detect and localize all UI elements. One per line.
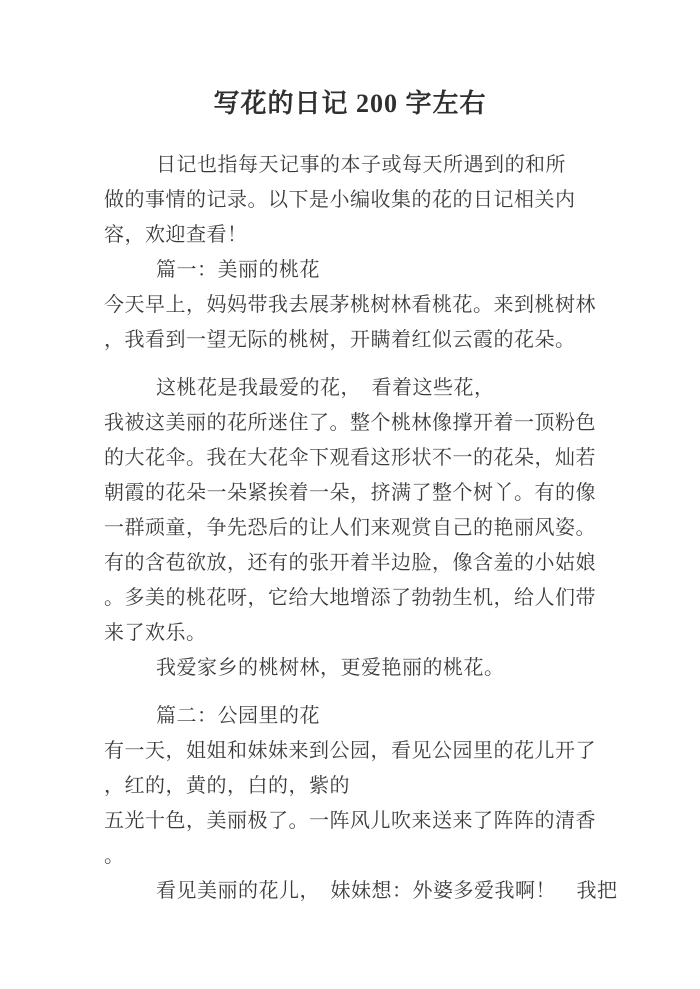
text-line: 一群顽童，争先恐后的让人们来观赏自己的艳丽风姿。 bbox=[104, 511, 596, 546]
text-line: 。 bbox=[104, 839, 596, 874]
text-line: 有一天，姐姐和妹妹来到公园，看见公园里的花儿开了 bbox=[104, 734, 596, 769]
text-line: 这桃花是我最爱的花， 看着这些花， bbox=[104, 371, 596, 406]
text-line: 做的事情的记录。以下是小编收集的花的日记相关内 bbox=[104, 183, 596, 218]
text-line: 看见美丽的花儿， 妹妹想：外婆多爱我啊！ 我把 bbox=[104, 874, 596, 909]
text-line: 容，欢迎查看！ bbox=[104, 218, 596, 253]
text-line: 来了欢乐。 bbox=[104, 616, 596, 651]
text-line: 日记也指每天记事的本子或每天所遇到的和所 bbox=[104, 148, 596, 183]
text-line: 今天早上，妈妈带我去展茅桃树林看桃花。来到桃树林 bbox=[104, 288, 596, 323]
text-line: 篇一：美丽的桃花 bbox=[104, 253, 596, 288]
text-line: 篇二：公园里的花 bbox=[104, 699, 596, 734]
document-body: 日记也指每天记事的本子或每天所遇到的和所做的事情的记录。以下是小编收集的花的日记… bbox=[104, 148, 596, 909]
text-line: 朝霞的花朵一朵紧挨着一朵，挤满了整个树丫。有的像 bbox=[104, 476, 596, 511]
text-line: 的大花伞。我在大花伞下观看这形状不一的花朵，灿若 bbox=[104, 441, 596, 476]
text-line: 。多美的桃花呀，它给大地增添了勃勃生机，给人们带 bbox=[104, 581, 596, 616]
text-line: ，我看到一望无际的桃树，开瞒着红似云霞的花朵。 bbox=[104, 323, 596, 358]
text-line: ，红的，黄的，白的，紫的 bbox=[104, 769, 596, 804]
document-title: 写花的日记 200 字左右 bbox=[104, 88, 596, 120]
text-line: 我爱家乡的桃树林，更爱艳丽的桃花。 bbox=[104, 651, 596, 686]
text-line: 有的含苞欲放，还有的张开着半边脸，像含羞的小姑娘 bbox=[104, 546, 596, 581]
text-line: 我被这美丽的花所迷住了。整个桃林像撑开着一顶粉色 bbox=[104, 406, 596, 441]
text-line: 五光十色，美丽极了。一阵风儿吹来送来了阵阵的清香 bbox=[104, 804, 596, 839]
document-page: 写花的日记 200 字左右 日记也指每天记事的本子或每天所遇到的和所做的事情的记… bbox=[0, 0, 700, 989]
